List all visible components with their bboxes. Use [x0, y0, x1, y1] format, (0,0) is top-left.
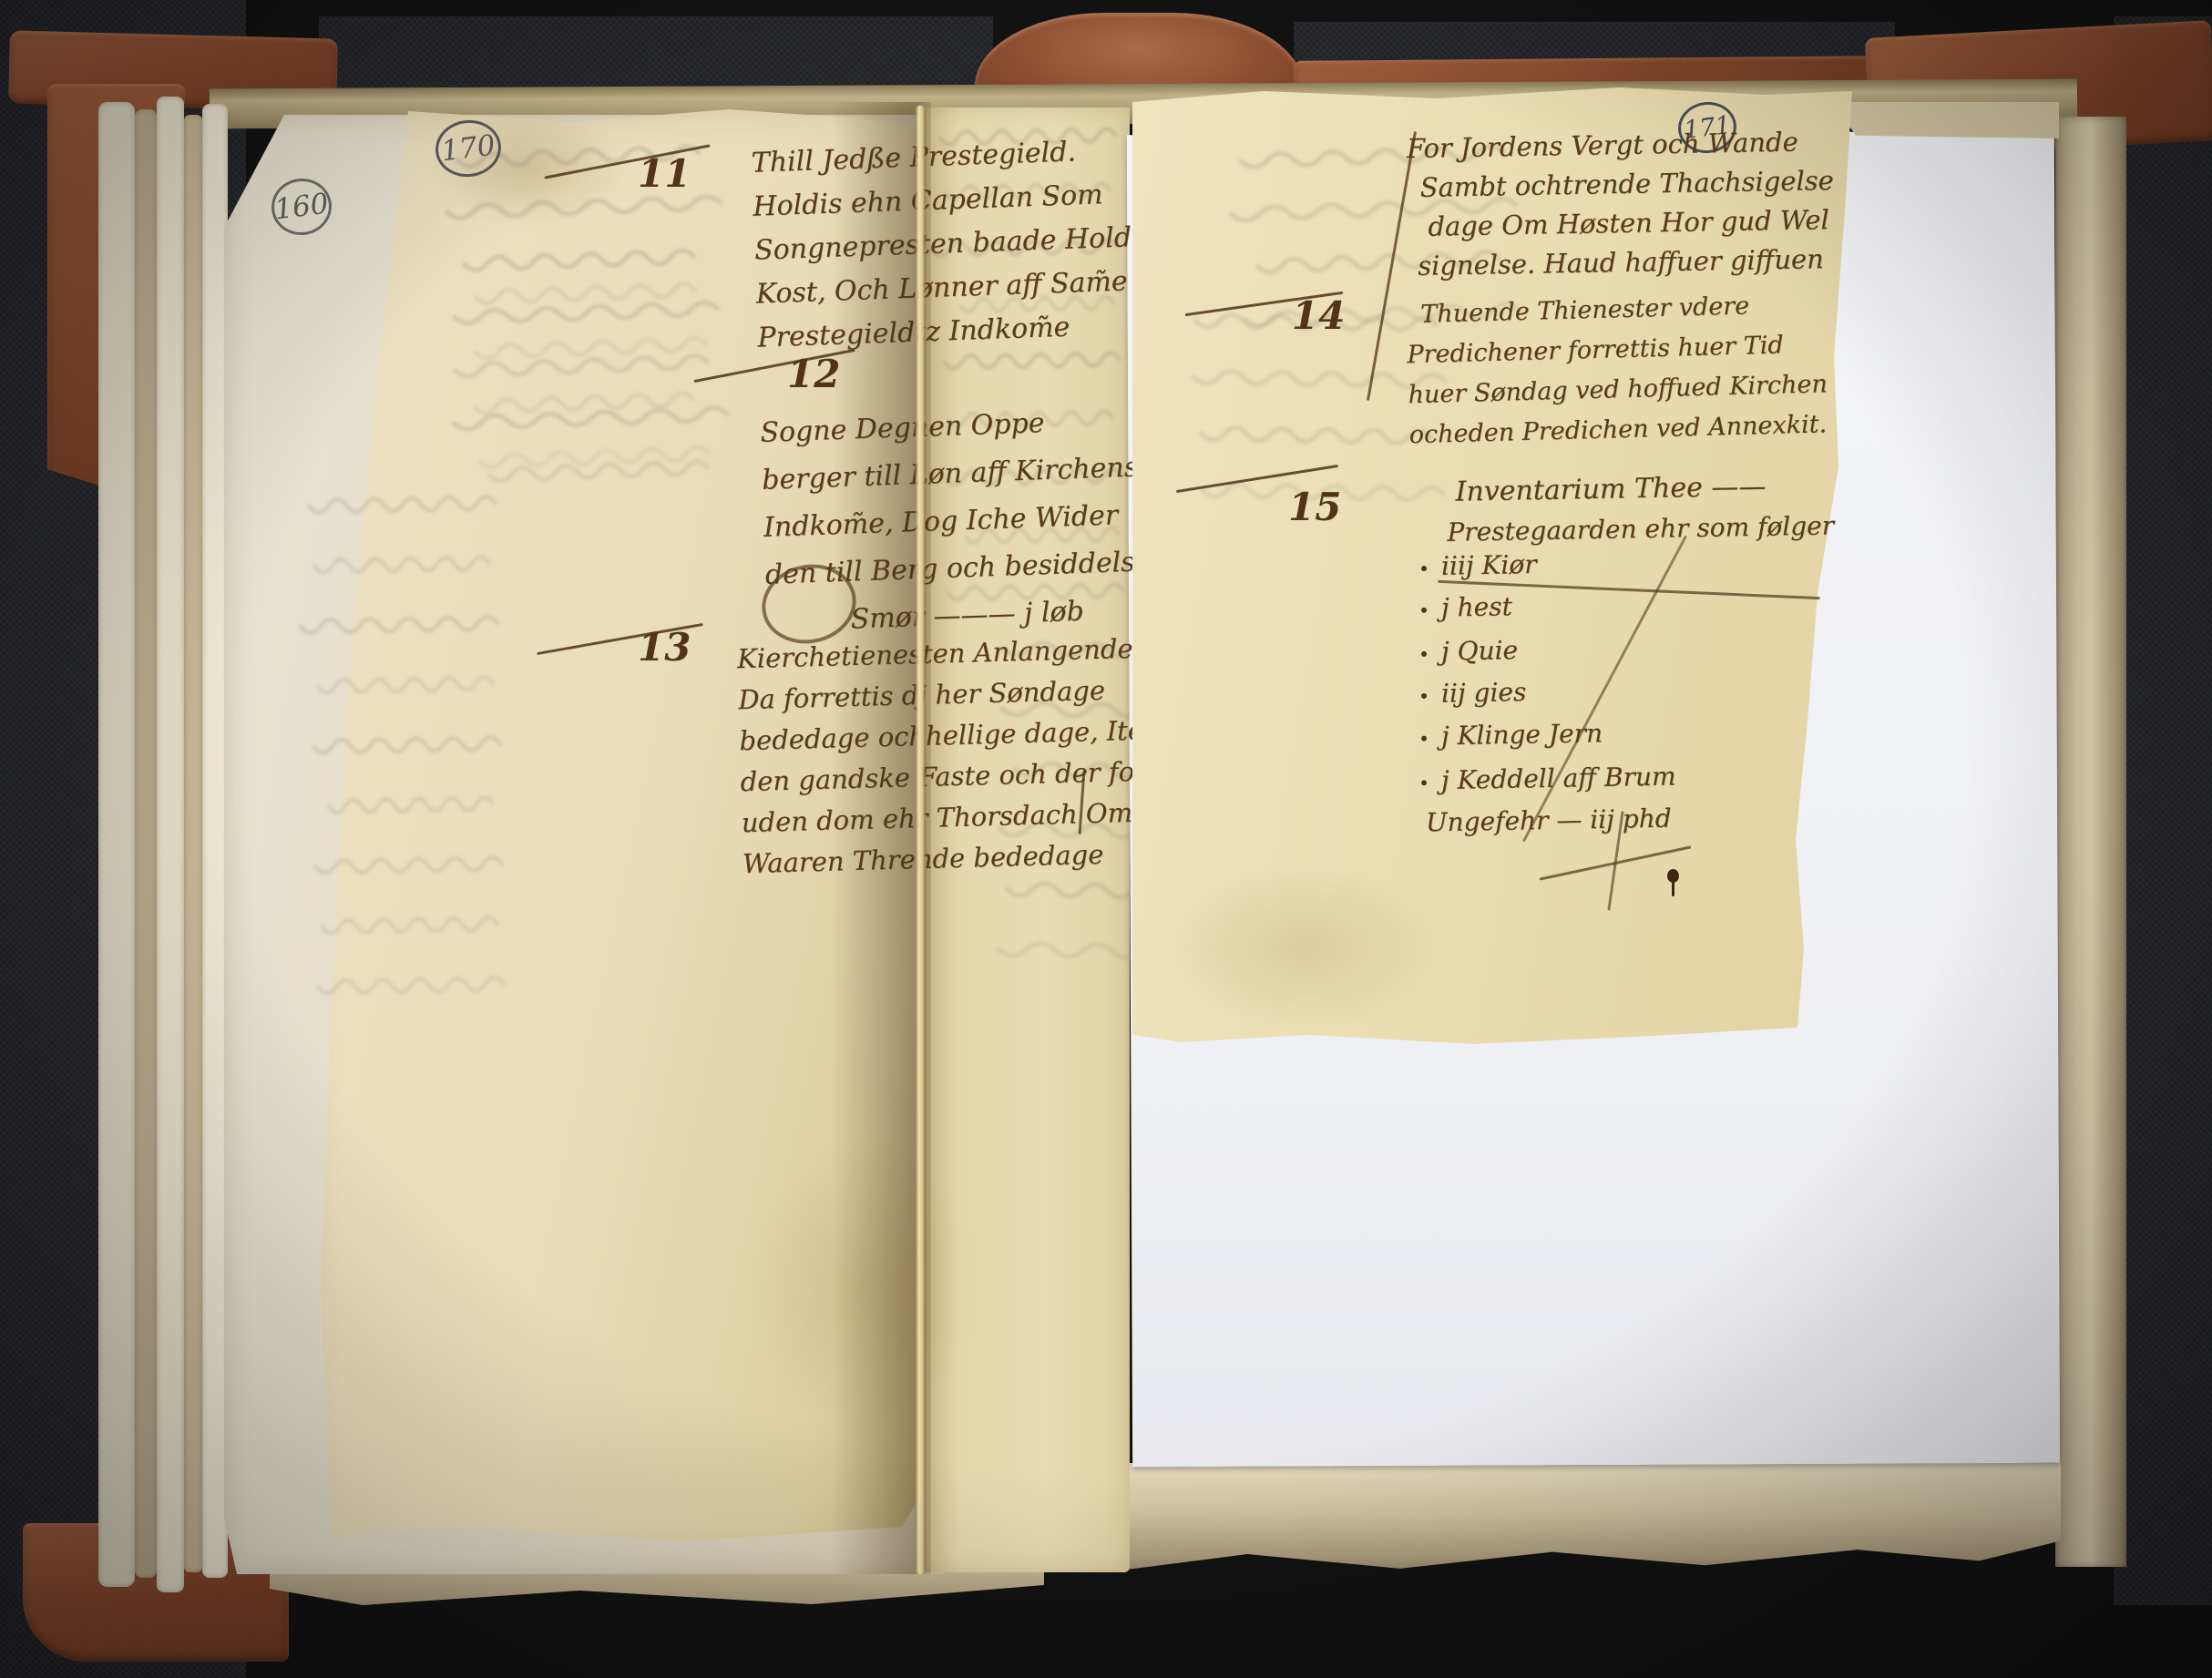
- page-number-170: 170: [439, 129, 497, 169]
- inventory-item-text: j Keddell aff Brum: [1441, 762, 1676, 795]
- manuscript-line: signelse. Haud haffuer giffuen: [1408, 240, 1838, 286]
- list-dot: [1421, 780, 1427, 785]
- entry-14-text: Thuende Thienester vdere Predichener for…: [1406, 284, 1847, 456]
- page-edge-strip: [184, 115, 202, 1572]
- inventory-item-text: j Klinge Jern: [1441, 718, 1603, 751]
- entry-12-text: Sogne Degnen Oppe berger till Løn aff Ki…: [760, 395, 1178, 647]
- entry-number-14: 14: [1292, 293, 1345, 338]
- entry-number-13: 13: [638, 625, 691, 670]
- ink-blot: [1667, 869, 1679, 883]
- inventory-item: j Keddell aff Brum: [1421, 762, 1676, 796]
- page-edge-strip: [157, 97, 184, 1592]
- inventory-item-text: j hest: [1441, 591, 1512, 622]
- gutter-fold-highlight: [915, 106, 926, 1574]
- inventory-total: Ungefehr — iij phd: [1426, 803, 1672, 838]
- entry-11-text: Thill Jedße Prestegield. Holdis ehn Cape…: [751, 128, 1159, 360]
- carryover-text: For Jordens Vergt och Wande Sambt ochtre…: [1407, 122, 1838, 286]
- entry-number-15: 15: [1288, 485, 1341, 529]
- page-edge-strip: [98, 102, 135, 1587]
- list-dot: [1421, 692, 1427, 698]
- bleedthrough-writing: [470, 270, 714, 496]
- ink-blot-tail: [1672, 882, 1674, 896]
- page-edge-strip: [135, 109, 157, 1578]
- inventory-item-text: iij gies: [1441, 677, 1527, 709]
- page-number-160: 160: [272, 188, 330, 227]
- page-stack-fore-edge: [2055, 117, 2126, 1567]
- manuscript-line: Prestegaarden ehr som følger: [1447, 506, 1839, 552]
- list-dot: [1421, 735, 1427, 741]
- list-dot: [1421, 565, 1427, 570]
- inventory-item: iiij Kiør: [1421, 549, 1537, 581]
- entry-13-text: Kierchetienesten Anlangende Da forrettis…: [737, 628, 1176, 885]
- list-dot: [1421, 607, 1427, 612]
- aged-page-sliver-top-right: [1848, 102, 2059, 138]
- list-dot: [1421, 650, 1427, 656]
- page-stack-bottom-edge-right: [1044, 1463, 2061, 1574]
- inventory-item: j hest: [1421, 591, 1512, 623]
- inventory-item-text: iiij Kiør: [1441, 549, 1537, 581]
- manuscript-line: Inventarium Thee ——: [1455, 466, 1838, 512]
- inventory-item-text: j Quie: [1441, 635, 1519, 666]
- bleedthrough-writing: [289, 481, 507, 1031]
- inventory-item: j Klinge Jern: [1421, 718, 1603, 751]
- page-edge-strip: [202, 104, 228, 1578]
- inventory-item: j Quie: [1421, 635, 1519, 667]
- entry-number-11: 11: [638, 151, 691, 196]
- photograph-of-open-manuscript-book: 160: [0, 0, 2212, 1678]
- inventory-item: iij gies: [1421, 677, 1527, 709]
- inventory-total-text: Ungefehr — iij phd: [1426, 803, 1672, 838]
- right-cover-cloth: [2114, 16, 2212, 1605]
- entry-15-heading: Inventarium Thee —— Prestegaarden ehr so…: [1455, 466, 1838, 552]
